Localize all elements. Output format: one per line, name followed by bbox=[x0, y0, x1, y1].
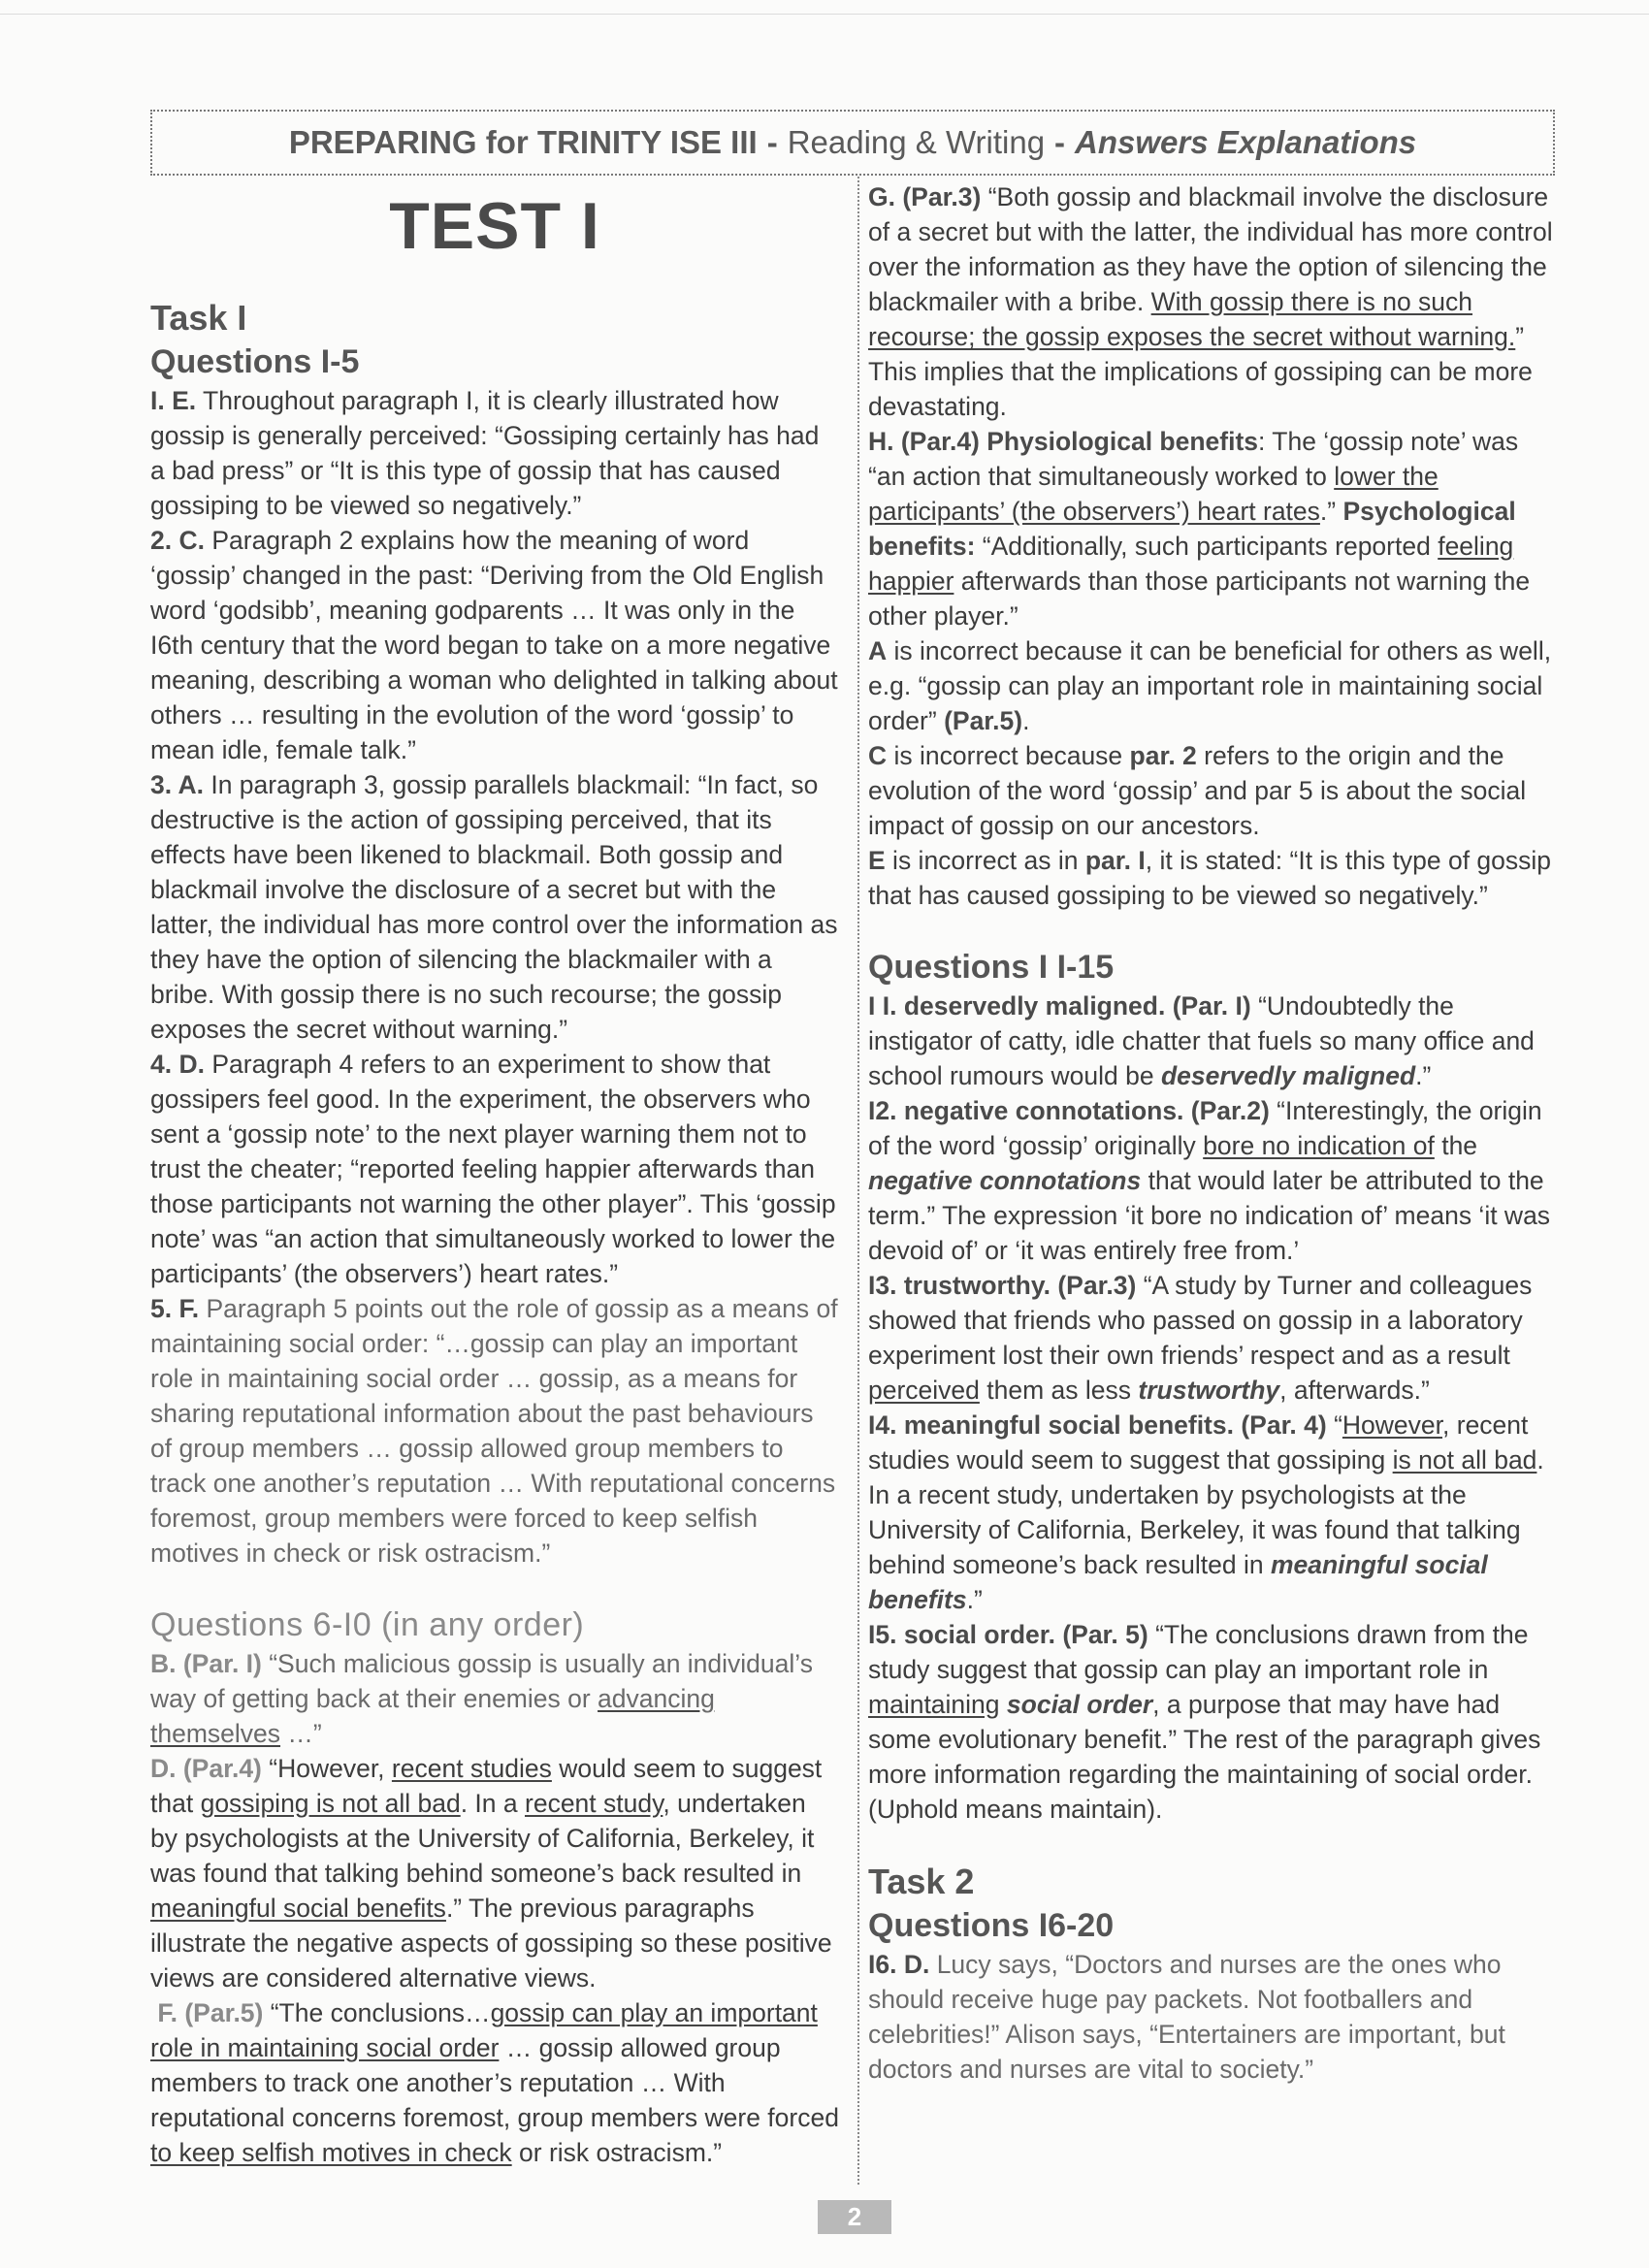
header-separator: - bbox=[767, 124, 778, 161]
answer-label: 2. C. bbox=[150, 526, 205, 555]
answer-g: G. (Par.3) “Both gossip and blackmail in… bbox=[868, 179, 1559, 424]
incorrect-e: E is incorrect as in par. I, it is state… bbox=[868, 843, 1559, 913]
scan-edge-line bbox=[0, 14, 1649, 15]
test-title: TEST I bbox=[150, 187, 839, 265]
header-book-title: PREPARING for TRINITY ISE III bbox=[289, 124, 758, 161]
answer-b: B. (Par. I) “Such malicious gossip is us… bbox=[150, 1646, 839, 1751]
incorrect-c: C is incorrect because par. 2 refers to … bbox=[868, 738, 1559, 843]
answer-h: H. (Par.4) Physiological benefits: The ‘… bbox=[868, 424, 1559, 633]
right-column: G. (Par.3) “Both gossip and blackmail in… bbox=[868, 179, 1559, 2087]
task-2-heading: Task 2 bbox=[868, 1860, 1559, 1904]
answer-3: 3. A. In paragraph 3, gossip parallels b… bbox=[150, 767, 839, 1047]
questions-11-15-heading: Questions I I-15 bbox=[868, 946, 1559, 988]
answer-label: 4. D. bbox=[150, 1050, 205, 1079]
answer-f: F. (Par.5) “The conclusions…gossip can p… bbox=[150, 1995, 839, 2170]
spacer bbox=[868, 913, 1559, 946]
answer-label: 5. F. bbox=[150, 1294, 199, 1323]
answer-d: D. (Par.4) “However, recent studies woul… bbox=[150, 1751, 839, 1995]
answer-label: 3. A. bbox=[150, 770, 204, 799]
answer-2: 2. C. Paragraph 2 explains how the meani… bbox=[150, 523, 839, 767]
page-header-banner: PREPARING for TRINITY ISE III - Reading … bbox=[150, 110, 1555, 176]
answer-14: I4. meaningful social benefits. (Par. 4)… bbox=[868, 1408, 1559, 1617]
header-subtitle: Answers Explanations bbox=[1075, 124, 1416, 161]
answer-4: 4. D. Paragraph 4 refers to an experimen… bbox=[150, 1047, 839, 1291]
page-number: 2 bbox=[818, 2200, 891, 2234]
answer-13: I3. trustworthy. (Par.3) “A study by Tur… bbox=[868, 1268, 1559, 1408]
answer-16: I6. D. Lucy says, “Doctors and nurses ar… bbox=[868, 1947, 1559, 2087]
header-separator: - bbox=[1054, 124, 1065, 161]
questions-16-20-heading: Questions I6-20 bbox=[868, 1904, 1559, 1947]
header-section: Reading & Writing bbox=[788, 124, 1045, 161]
column-divider bbox=[857, 177, 859, 2185]
answer-11: I I. deservedly maligned. (Par. I) “Undo… bbox=[868, 988, 1559, 1093]
answer-label: I. E. bbox=[150, 386, 196, 415]
answer-15: I5. social order. (Par. 5) “The conclusi… bbox=[868, 1617, 1559, 1827]
questions-6-10-heading: Questions 6-I0 (in any order) bbox=[150, 1604, 839, 1646]
task-1-heading: Task I bbox=[150, 296, 839, 340]
left-column: TEST I Task I Questions I-5 I. E. Throug… bbox=[150, 179, 839, 2170]
answer-5: 5. F. Paragraph 5 points out the role of… bbox=[150, 1291, 839, 1571]
spacer bbox=[868, 1827, 1559, 1860]
questions-1-5-heading: Questions I-5 bbox=[150, 340, 839, 383]
spacer bbox=[150, 1571, 839, 1604]
answer-12: I2. negative connotations. (Par.2) “Inte… bbox=[868, 1093, 1559, 1268]
incorrect-a: A is incorrect because it can be benefic… bbox=[868, 633, 1559, 738]
answer-1: I. E. Throughout paragraph I, it is clea… bbox=[150, 383, 839, 523]
